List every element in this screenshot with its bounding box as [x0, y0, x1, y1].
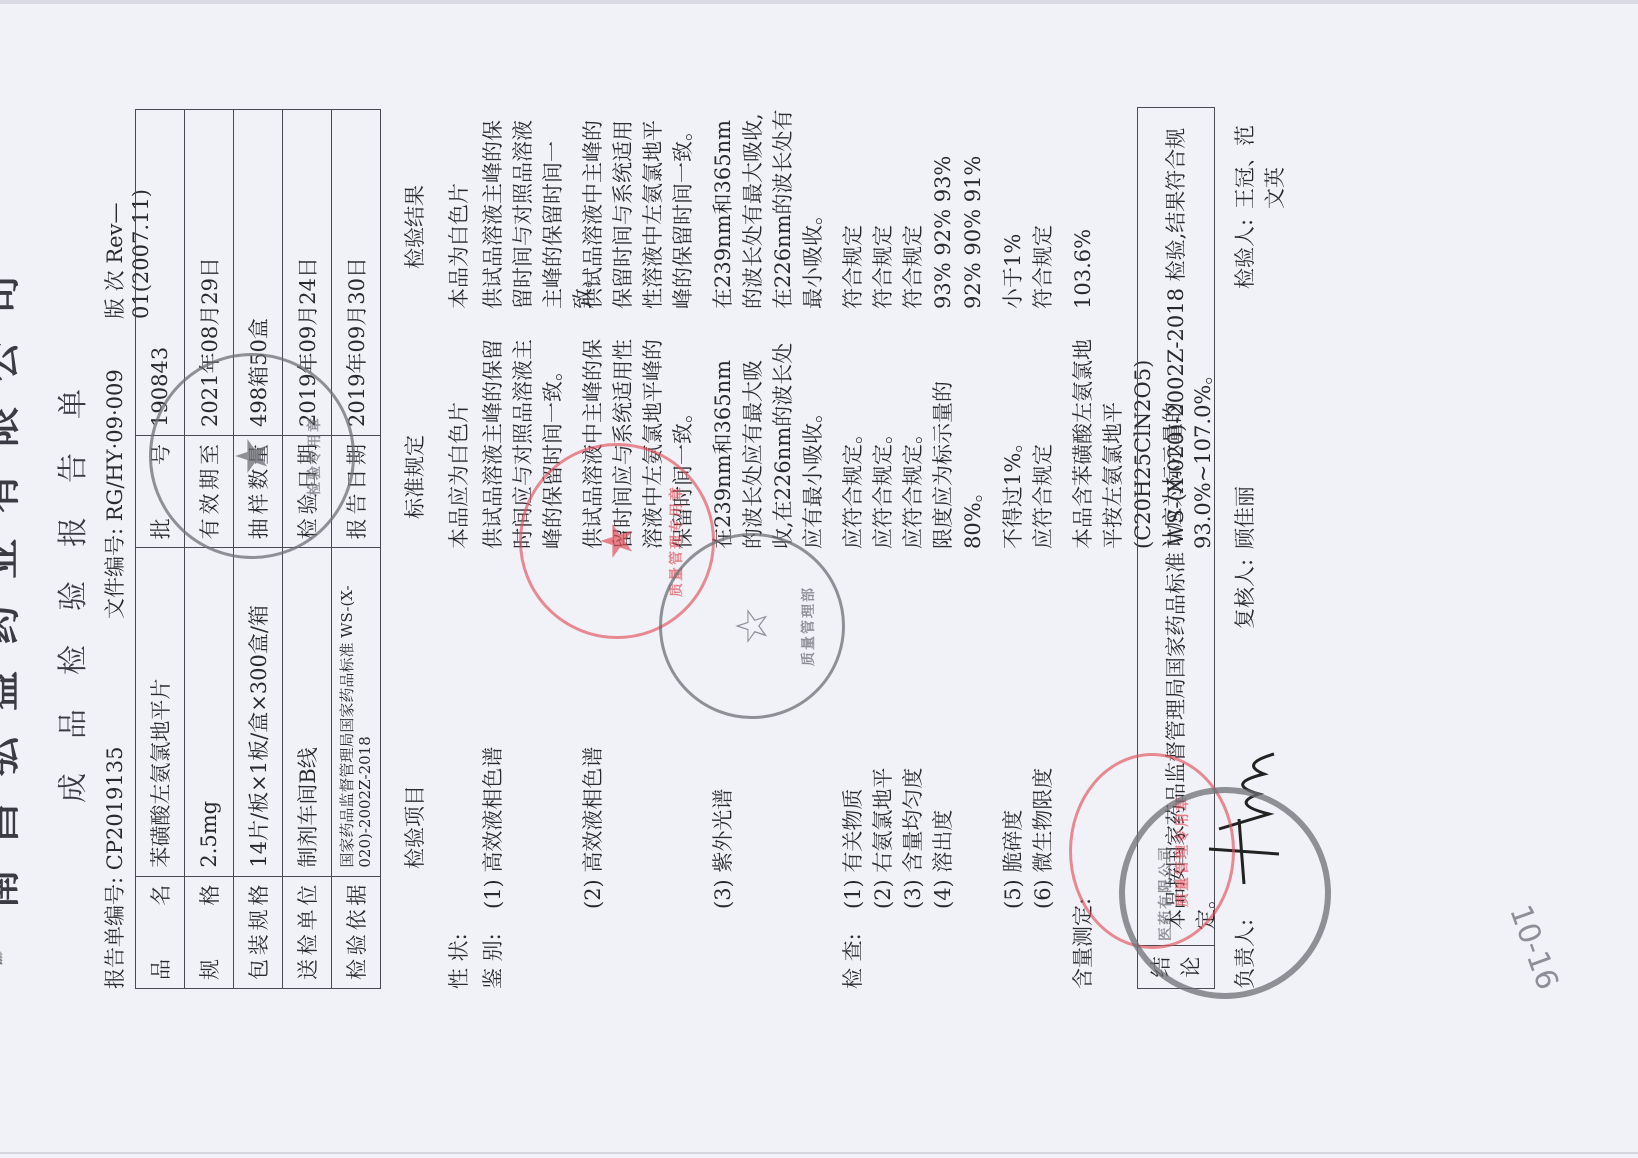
company-name: 南昌弘益药业有限公司 [0, 79, 26, 1079]
test-item: (1) 有关物质 [838, 789, 868, 909]
test-standard: 应符合规定 [1028, 339, 1058, 549]
info-row: 品 名苯磺酸左氨氯地平片批 号190843 [136, 110, 185, 989]
test-item: (6) 微生物限度 [1028, 768, 1058, 909]
quality-stamp-gray: ☆ 质量管理部 [659, 533, 845, 719]
pharma-stamp-gray: 医药有限公司 [1119, 787, 1331, 999]
info-value: 2.5mg [185, 548, 234, 876]
header-result: 检验结果 [399, 185, 429, 269]
info-value: 苯磺酸左氨氯地平片 [136, 548, 185, 876]
test-item: (3) 含量均匀度 [898, 768, 928, 909]
test-standard: 应符合规定。 [868, 339, 898, 549]
report-no-label: 报告单编号: [103, 877, 127, 989]
test-result: 符合规定 [838, 109, 868, 309]
info-label: 品 名 [136, 876, 185, 988]
info-value: 14片/板×1板/盒×300盒/箱 [234, 548, 283, 876]
test-section-label: 性 状: [444, 933, 474, 989]
test-result: 供试品溶液中主峰的保留时间与系统适用性溶液中左氨氯地平峰的保留时间一致。 [578, 109, 698, 309]
info-label: 包装规格 [234, 876, 283, 988]
star-icon: ☆ [727, 606, 778, 645]
report-header: 南昌弘益药业有限公司 成品检验报告单 [0, 79, 92, 1079]
doc-no-label: 文件编号: [103, 528, 127, 619]
star-icon: ★ [227, 436, 278, 475]
test-item: (3) 紫外光谱 [708, 789, 738, 909]
star-icon: ★ [592, 521, 643, 560]
test-result: 小于1% [998, 109, 1028, 309]
info-value: 国家药品监督管理局国家药品标准 WS-(X-020)-2002Z-2018 [332, 548, 381, 876]
reviewer-label: 复核人: [1229, 559, 1259, 629]
test-item: (5) 脆碎度 [998, 810, 1028, 909]
test-result: 符合规定 [1028, 109, 1058, 309]
scan-edge-top [0, 0, 1638, 4]
report-title: 成品检验报告单 [48, 79, 92, 1079]
header-standard: 标准规定 [399, 435, 429, 519]
test-standard: 本品应为白色片 [444, 339, 474, 549]
header-item: 检验项目 [399, 785, 429, 869]
inspection-report-page: 南昌弘益药业有限公司 成品检验报告单 报告单编号: CP2019135 文件编号… [0, 79, 1339, 1079]
report-no: CP2019135 [103, 747, 127, 871]
test-result: 103.6% [1068, 109, 1098, 309]
test-result: 本品为白色片 [444, 109, 474, 309]
test-standard: 在239nm和365nm的波长处应有最大吸收,在226nm的波长处应有最小吸收。 [708, 339, 828, 549]
test-item: (1) 高效液相色谱 [478, 747, 508, 909]
test-standard: 不得过1%。 [998, 339, 1028, 549]
test-result: 在239nm和365nm的波长处有最大吸收,在226nm的波长处有最小吸收。 [708, 109, 828, 309]
test-result: 93% 92% 93% [928, 109, 958, 309]
test-section-label: 检 查: [838, 933, 868, 989]
info-value: 制剂车间B线 [283, 548, 332, 876]
doc-no: RG/HY·09·009 [103, 369, 127, 521]
handwritten-note: 10-16 [1502, 901, 1565, 995]
version-label: 版 次 [103, 270, 127, 319]
test-item: (2) 高效液相色谱 [578, 747, 608, 909]
info-value-2: 2019年09月30日 [332, 110, 381, 436]
test-section-label: 鉴 别: [478, 933, 508, 989]
test-standard: 限度应为标示量的80%。 [928, 339, 988, 549]
inspector-name: 王冠、范文英 [1229, 119, 1289, 209]
test-result: 92% 90% 91% [958, 109, 988, 309]
test-item: (2) 右氨氯地平 [868, 768, 898, 909]
inspector-label: 检验人: [1229, 219, 1259, 289]
info-label: 规 格 [185, 876, 234, 988]
reviewer-name: 顾佳丽 [1229, 486, 1259, 549]
test-result: 符合规定 [868, 109, 898, 309]
test-standard: 应符合规定。 [838, 339, 868, 549]
test-result: 符合规定 [898, 109, 928, 309]
test-item: (4) 溶出度 [928, 810, 958, 909]
scan-edge-bottom [0, 1152, 1638, 1154]
info-row: 检验依据国家药品监督管理局国家药品标准 WS-(X-020)-2002Z-201… [332, 110, 381, 989]
test-standard: 应符合规定。 [898, 339, 928, 549]
info-label: 检验依据 [332, 876, 381, 988]
info-label: 送检单位 [283, 876, 332, 988]
inspection-stamp: ★ 检验专用章 [149, 353, 355, 559]
